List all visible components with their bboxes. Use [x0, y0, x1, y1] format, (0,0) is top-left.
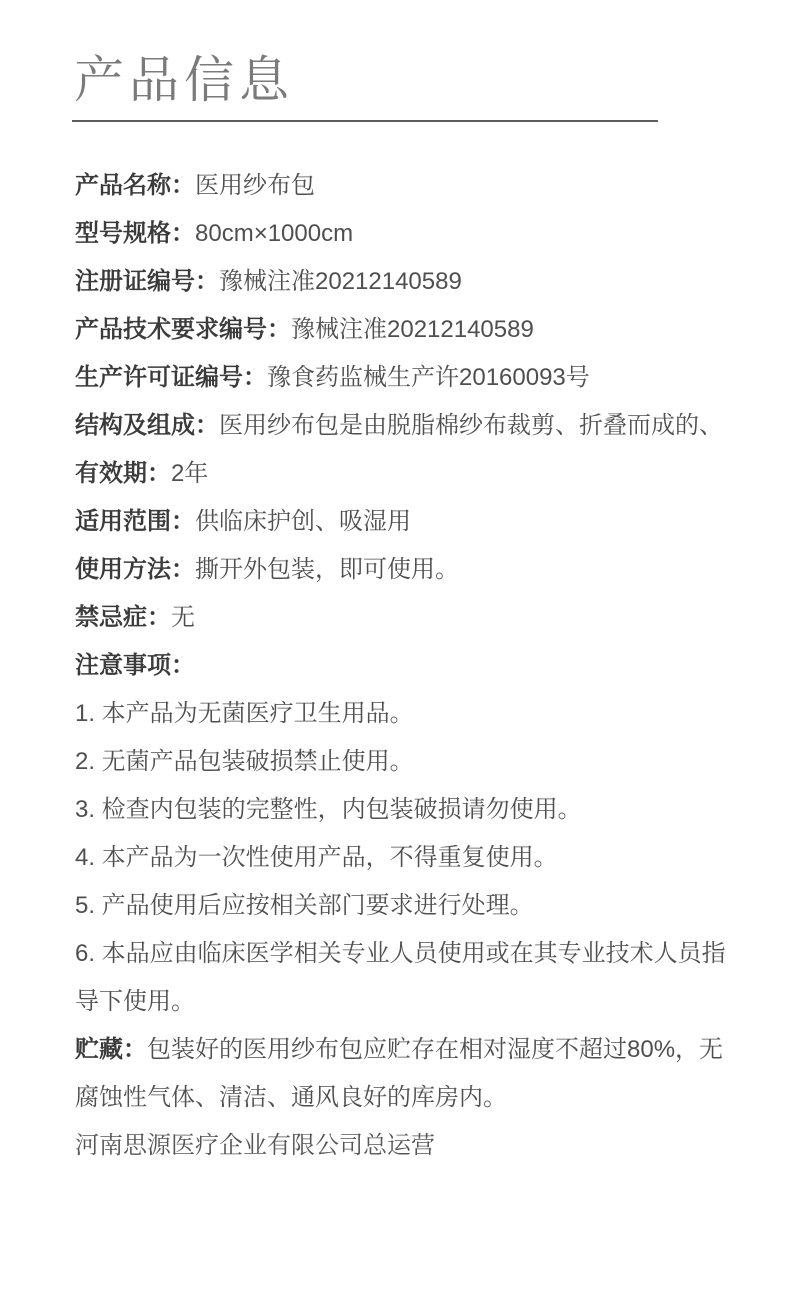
note-item-4: 4. 本产品为一次性使用产品，不得重复使用。	[75, 834, 741, 882]
field-value: 豫械注准20212140589	[219, 268, 462, 295]
notes-heading: 注意事项：	[75, 642, 741, 690]
field-label: 注册证编号：	[75, 268, 219, 295]
field-model-spec: 型号规格：80cm×1000cm	[75, 210, 741, 258]
product-info-page: 产品信息 产品名称：医用纱布包 型号规格：80cm×1000cm 注册证编号：豫…	[0, 0, 790, 1292]
field-value: 豫械注准20212140589	[291, 316, 534, 343]
field-label: 禁忌症：	[75, 604, 171, 631]
field-label: 适用范围：	[75, 508, 195, 535]
field-product-name: 产品名称：医用纱布包	[75, 162, 741, 210]
field-label: 产品技术要求编号：	[75, 316, 291, 343]
field-storage: 贮藏：包装好的医用纱布包应贮存在相对湿度不超过80%，无腐蚀性气体、清洁、通风良…	[75, 1026, 741, 1122]
note-item-2: 2. 无菌产品包装破损禁止使用。	[75, 738, 741, 786]
field-value: 医用纱布包	[195, 172, 315, 199]
note-item-1: 1. 本产品为无菌医疗卫生用品。	[75, 690, 741, 738]
field-label: 结构及组成：	[75, 412, 219, 439]
field-label: 生产许可证编号：	[75, 364, 267, 391]
product-details: 产品名称：医用纱布包 型号规格：80cm×1000cm 注册证编号：豫械注准20…	[75, 162, 741, 1170]
note-item-6: 6. 本品应由临床医学相关专业人员使用或在其专业技术人员指导下使用。	[75, 930, 741, 1026]
field-label: 型号规格：	[75, 220, 195, 247]
field-validity-period: 有效期：2年	[75, 450, 741, 498]
field-value: 撕开外包装，即可使用。	[195, 556, 459, 583]
field-contraindications: 禁忌症：无	[75, 594, 741, 642]
field-value: 包装好的医用纱布包应贮存在相对湿度不超过80%，无腐蚀性气体、清洁、通风良好的库…	[75, 1036, 723, 1111]
field-value: 医用纱布包是由脱脂棉纱布裁剪、折叠而成的、	[219, 412, 723, 439]
field-value: 豫食药监械生产许20160093号	[267, 364, 590, 391]
field-scope-of-application: 适用范围：供临床护创、吸湿用	[75, 498, 741, 546]
field-value: 无	[171, 604, 195, 631]
notes-heading-label: 注意事项：	[75, 652, 195, 679]
note-item-5: 5. 产品使用后应按相关部门要求进行处理。	[75, 882, 741, 930]
field-label: 贮藏：	[75, 1036, 147, 1063]
footer-company-line: 河南思源医疗企业有限公司总运营	[75, 1122, 741, 1170]
field-registration-no: 注册证编号：豫械注准20212140589	[75, 258, 741, 306]
field-usage-method: 使用方法：撕开外包装，即可使用。	[75, 546, 741, 594]
field-production-license-no: 生产许可证编号：豫食药监械生产许20160093号	[75, 354, 741, 402]
field-label: 产品名称：	[75, 172, 195, 199]
title-divider	[72, 120, 658, 122]
note-item-3: 3. 检查内包装的完整性，内包装破损请勿使用。	[75, 786, 741, 834]
field-tech-requirement-no: 产品技术要求编号：豫械注准20212140589	[75, 306, 741, 354]
field-value: 供临床护创、吸湿用	[195, 508, 411, 535]
field-structure-composition: 结构及组成：医用纱布包是由脱脂棉纱布裁剪、折叠而成的、	[75, 402, 741, 450]
field-label: 使用方法：	[75, 556, 195, 583]
field-value: 2年	[171, 460, 208, 487]
field-label: 有效期：	[75, 460, 171, 487]
field-value: 80cm×1000cm	[195, 220, 353, 247]
page-title: 产品信息	[0, 0, 790, 110]
